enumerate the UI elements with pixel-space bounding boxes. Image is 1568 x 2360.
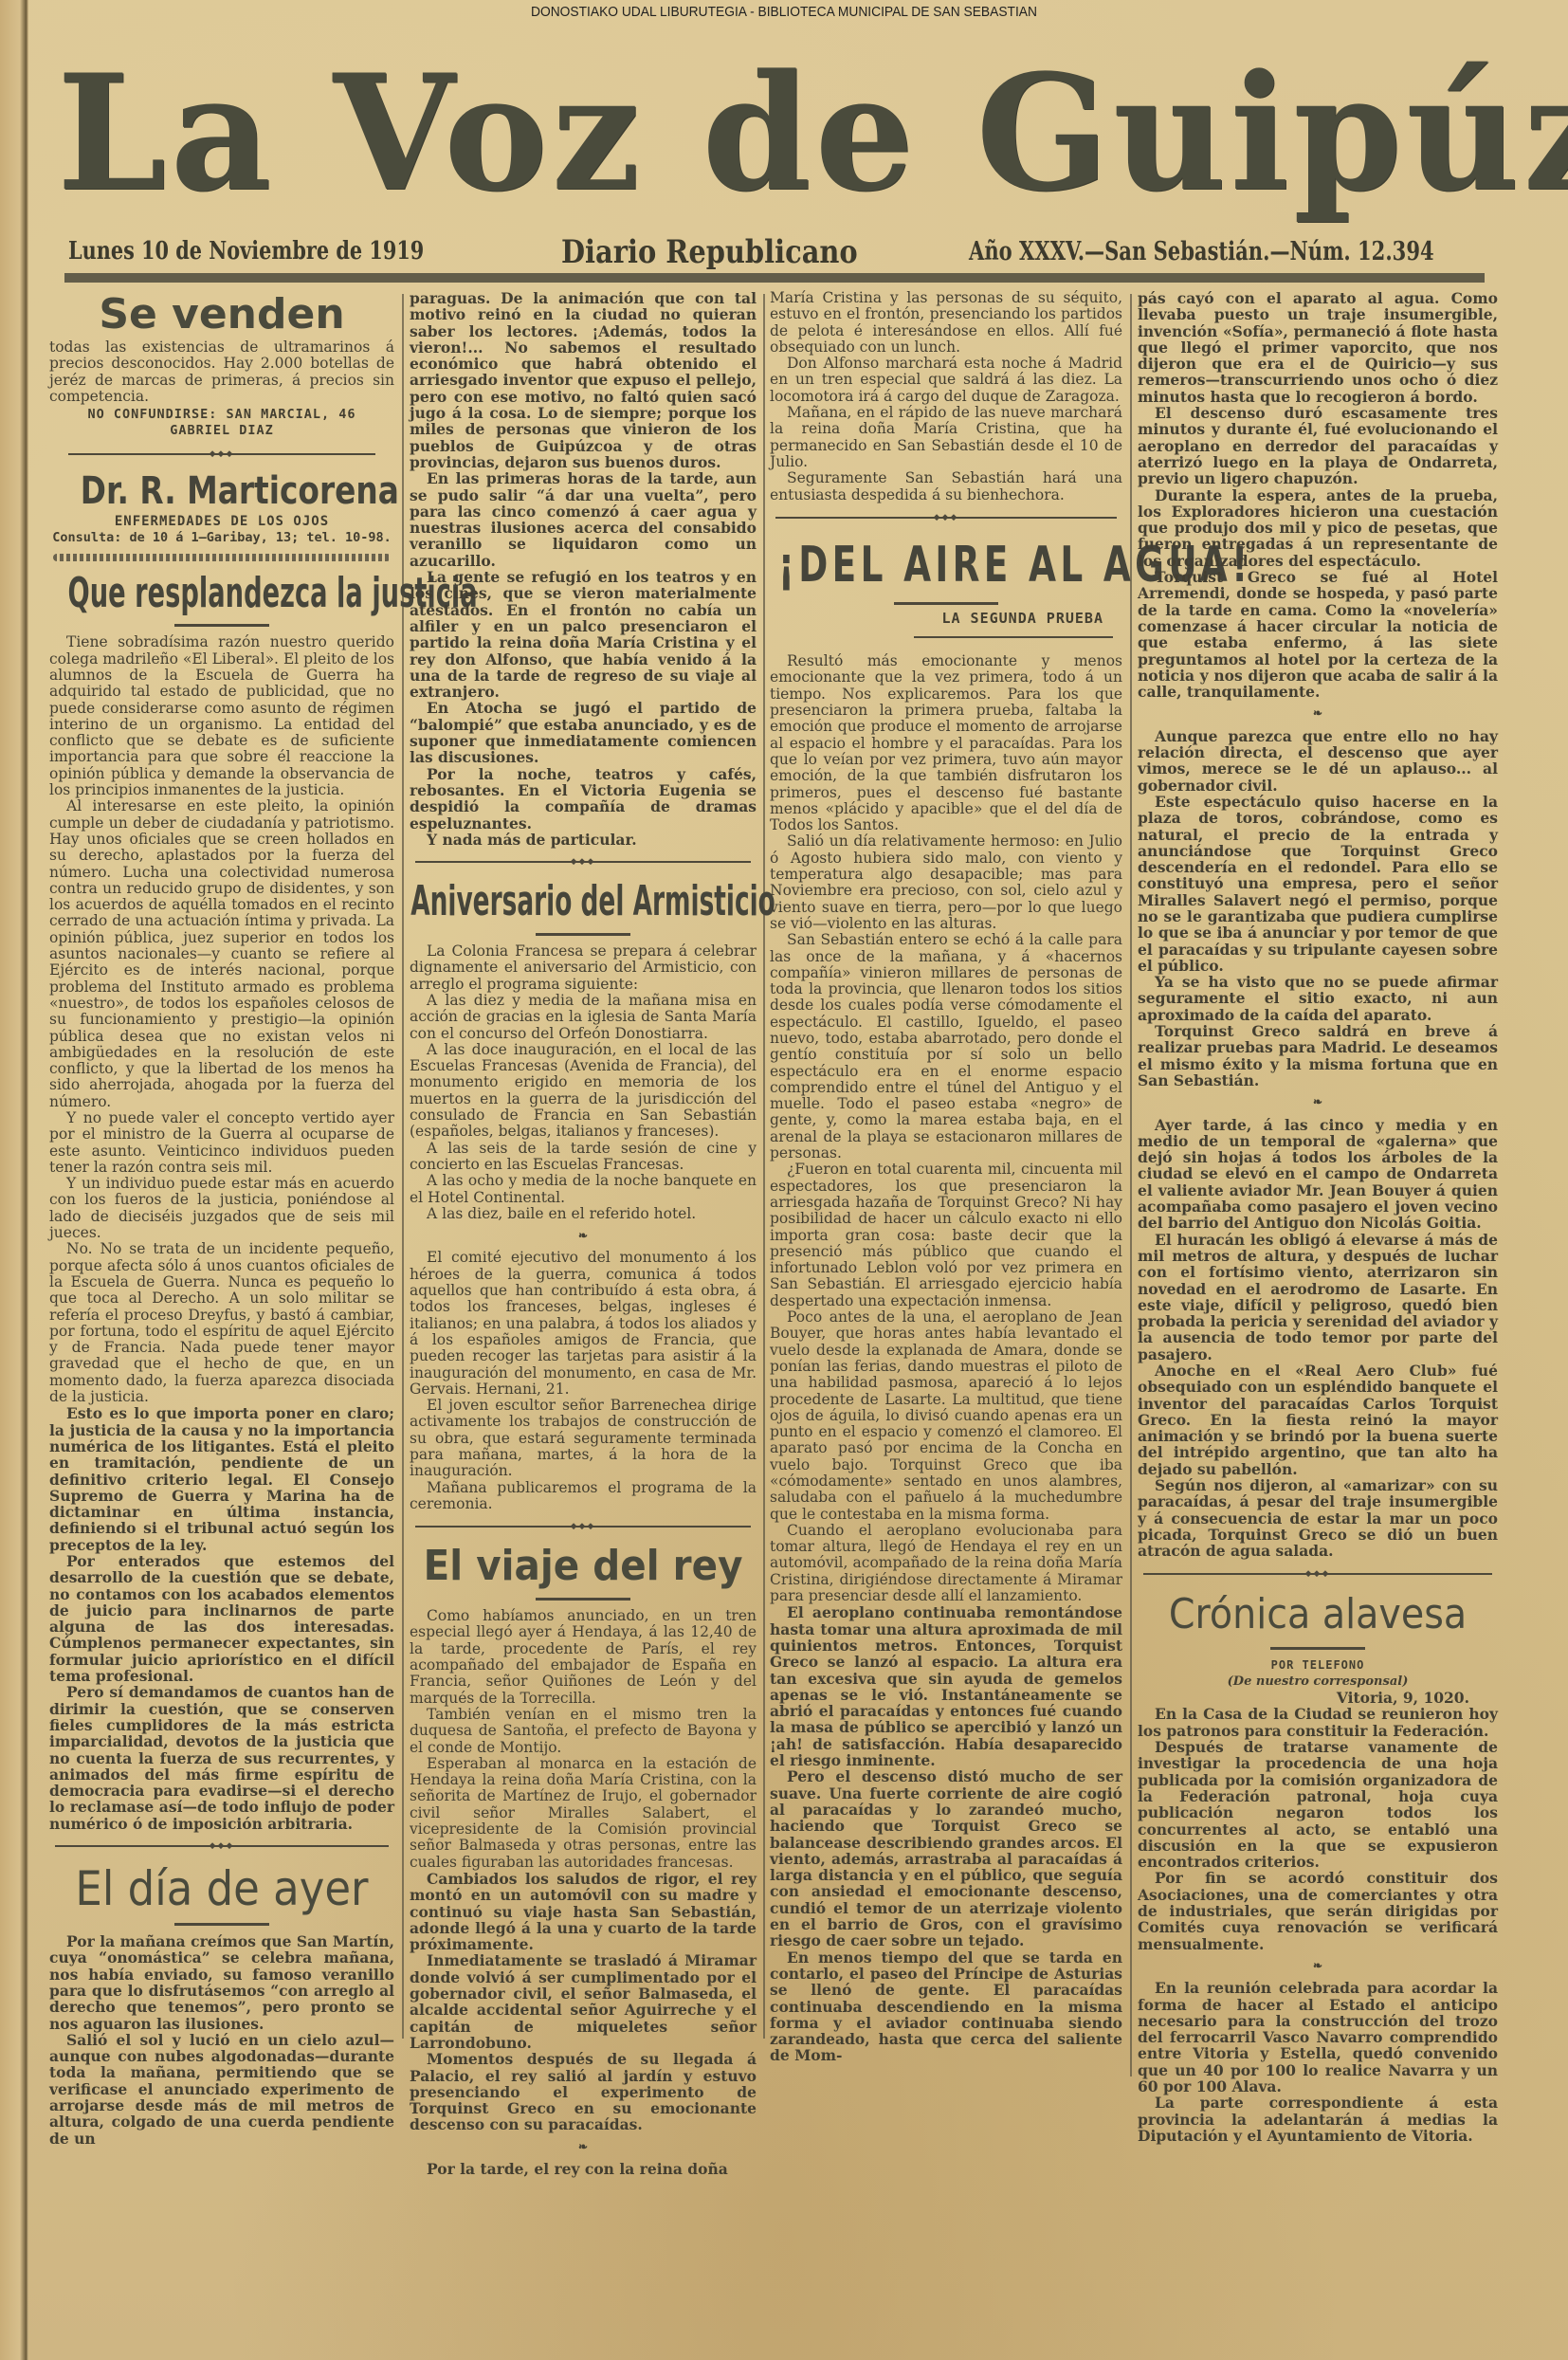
aire-agua-continuation: pás cayó con el aparato al agua. Como ll… bbox=[1138, 290, 1498, 1560]
issue-date: Lunes 10 de Noviembre de 1919 bbox=[68, 237, 424, 265]
paragraph: Anoche en el «Real Aero Club» fué obsequ… bbox=[1138, 1363, 1498, 1477]
cronica-byline: POR TELEFONO bbox=[1138, 1657, 1498, 1674]
paragraph: ¿Fueron en total cuarenta mil, cincuenta… bbox=[770, 1162, 1122, 1309]
ornament-divider bbox=[415, 861, 751, 870]
paragraph: La gente se refugió en los teatros y en … bbox=[410, 569, 757, 700]
paragraph: Y un individuo puede estar más en acuerd… bbox=[49, 1176, 394, 1241]
paragraph: Como habíamos anunciado, en un tren espe… bbox=[410, 1608, 757, 1707]
paragraph: Según nos dijeron, al «amarizar» con su … bbox=[1138, 1477, 1498, 1559]
paragraph: Mañana publicaremos el programa de la ce… bbox=[410, 1480, 757, 1513]
headline-underline bbox=[174, 1923, 269, 1926]
paragraph: En la reunión celebrada para acordar la … bbox=[1138, 1980, 1498, 2095]
paragraph: El joven escultor señor Barrenechea diri… bbox=[410, 1398, 757, 1479]
masthead-info-row: Lunes 10 de Noviembre de 1919 Diario Rep… bbox=[68, 231, 1490, 273]
subheadline-underline bbox=[914, 636, 1113, 638]
paragraph: A las diez y media de la mañana misa en … bbox=[410, 993, 757, 1042]
paragraph: Aunque parezca que entre ello no hay rel… bbox=[1138, 728, 1498, 794]
column-2: paraguas. De la animación que con tal mo… bbox=[410, 290, 757, 2329]
paragraph: El comité ejecutivo del monumento á los … bbox=[410, 1250, 757, 1398]
paragraph: paraguas. De la animación que con tal mo… bbox=[410, 290, 757, 470]
paragraph: Esto es lo que importa poner en claro; l… bbox=[49, 1405, 394, 1553]
paragraph: El descenso duró escasamente tres minuto… bbox=[1138, 405, 1498, 486]
paragraph: Cambiados los saludos de rigor, el rey m… bbox=[410, 1871, 757, 1952]
separator-ornament: ❧ bbox=[1138, 1094, 1498, 1110]
paragraph: pás cayó con el aparato al agua. Como ll… bbox=[1138, 290, 1498, 405]
headline-cronica-alavesa: Crónica alavesa bbox=[1156, 1588, 1480, 1641]
separator-ornament: ❧ bbox=[1138, 705, 1498, 722]
paragraph: El huracán les obligó á elevarse á más d… bbox=[1138, 1232, 1498, 1363]
paragraph: Por fin se acordó constituir dos Asociac… bbox=[1138, 1870, 1498, 1951]
article-justicia-body: Tiene sobradísima razón nuestro querido … bbox=[49, 634, 394, 1832]
headline-dia-ayer: El día de ayer bbox=[66, 1860, 377, 1917]
column-3: María Cristina y las personas de su séqu… bbox=[770, 290, 1122, 2329]
headline-underline bbox=[1270, 1647, 1365, 1650]
column-4: pás cayó con el aparato al agua. Como ll… bbox=[1138, 290, 1498, 2329]
column-rule bbox=[402, 294, 404, 2039]
ornament-divider bbox=[55, 1845, 389, 1855]
paragraph: Momentos después de su llegada á Palacio… bbox=[410, 2051, 757, 2132]
dia-ayer-continuation: paraguas. De la animación que con tal mo… bbox=[410, 290, 757, 848]
column-rule bbox=[763, 294, 765, 2039]
headline-underline bbox=[174, 624, 269, 627]
paragraph: Mañana, en el rápido de las nueve marcha… bbox=[770, 405, 1122, 470]
paragraph: No. No se trata de un incidente pequeño,… bbox=[49, 1241, 394, 1405]
paragraph: Y nada más de particular. bbox=[410, 832, 757, 848]
paragraph: Cuando el aeroplano evolucionaba para to… bbox=[770, 1523, 1122, 1604]
viaje-rey-continuation: María Cristina y las personas de su séqu… bbox=[770, 290, 1122, 503]
wavy-divider bbox=[53, 554, 391, 561]
paragraph: Después de tratarse vanamente de investi… bbox=[1138, 1739, 1498, 1870]
paragraph: Este espectáculo quiso hacerse en la pla… bbox=[1138, 794, 1498, 974]
ornament-divider bbox=[415, 1526, 751, 1535]
paragraph: Durante la espera, antes de la prueba, l… bbox=[1138, 487, 1498, 569]
paragraph: Tiene sobradísima razón nuestro querido … bbox=[49, 634, 394, 798]
separator-ornament: ❧ bbox=[410, 2139, 757, 2155]
headline-underline bbox=[536, 1598, 630, 1601]
library-banner: DONOSTIAKO UDAL LIBURUTEGIA - BIBLIOTECA… bbox=[63, 4, 1505, 20]
masthead-rule bbox=[64, 273, 1485, 283]
ornament-divider bbox=[775, 517, 1117, 526]
paragraph: San Sebastián entero se echó á la calle … bbox=[770, 932, 1122, 1162]
cronica-dateline: Vitoria, 9, 1020. bbox=[1138, 1690, 1498, 1706]
issue-number: Año XXXV.—San Sebastián.—Núm. 12.394 bbox=[969, 237, 1434, 266]
headline-armisticio: Aniversario del Armisticio bbox=[410, 876, 756, 927]
masthead-title: La Voz de Guipúzcoa bbox=[57, 38, 1487, 228]
paragraph: Seguramente San Sebastián hará una entus… bbox=[770, 470, 1122, 503]
ad-doctor-specialty: ENFERMEDADES DE LOS OJOS bbox=[49, 514, 394, 530]
paragraph: Salió el sol y lució en un cielo azul—au… bbox=[49, 2032, 394, 2147]
paragraph: Pero el descenso distó mucho de ser suav… bbox=[770, 1768, 1122, 1948]
separator-ornament: ❧ bbox=[410, 1228, 757, 1244]
paragraph: Por la noche, teatros y cafés, rebosante… bbox=[410, 766, 757, 832]
paragraph: María Cristina y las personas de su séqu… bbox=[770, 290, 1122, 356]
headline-viaje-rey: El viaje del rey bbox=[424, 1541, 743, 1592]
paragraph: Esperaban al monarca en la estación de H… bbox=[410, 1756, 757, 1871]
ad-doctor-name: Dr. R. Marticorena bbox=[81, 468, 363, 514]
paragraph: En la Casa de la Ciudad se reunieron hoy… bbox=[1138, 1706, 1498, 1739]
newspaper-subtitle: Diario Republicano bbox=[561, 233, 858, 271]
paragraph: Torquinst Greco saldrá en breve á realiz… bbox=[1138, 1023, 1498, 1089]
ad-sale-owner: GABRIEL DIAZ bbox=[49, 423, 394, 439]
paragraph: También venían en el mismo tren la duque… bbox=[410, 1707, 757, 1756]
binding-spine bbox=[0, 0, 28, 2360]
headline-underline bbox=[894, 602, 998, 605]
paragraph: En Atocha se jugó el partido de “balompi… bbox=[410, 700, 757, 765]
paragraph: En menos tiempo del que se tarda en cont… bbox=[770, 1949, 1122, 2064]
subheadline-segunda-prueba: LA SEGUNDA PRUEBA bbox=[770, 611, 1122, 627]
ad-sale-body: todas las existencias de ultramarinos á … bbox=[49, 339, 394, 405]
paragraph: Don Alfonso marchará esta noche á Madrid… bbox=[770, 356, 1122, 405]
ad-sale-headline: Se venden bbox=[49, 290, 394, 339]
paragraph: A las ocho y media de la noche banquete … bbox=[410, 1173, 757, 1206]
paragraph: La Colonia Francesa se prepara á celebra… bbox=[410, 943, 757, 993]
article-viaje-rey-body: Como habíamos anunciado, en un tren espe… bbox=[410, 1608, 757, 2177]
paragraph: Al interesarse en este pleito, la opinió… bbox=[49, 798, 394, 1110]
paragraph: Torquist Greco se fué al Hotel Arremendi… bbox=[1138, 569, 1498, 700]
paragraph: Ya se ha visto que no se puede afirmar s… bbox=[1138, 974, 1498, 1023]
paragraph: Inmediatamente se trasladó á Miramar don… bbox=[410, 1952, 757, 2051]
paragraph: Pero sí demandamos de cuantos han de dir… bbox=[49, 1684, 394, 1832]
newspaper-page: DONOSTIAKO UDAL LIBURUTEGIA - BIBLIOTECA… bbox=[0, 0, 1568, 2360]
paragraph: Por la mañana creímos que San Martín, cu… bbox=[49, 1933, 394, 2032]
ornament-divider bbox=[1143, 1573, 1492, 1582]
ad-doctor-details: Consulta: de 10 á 1—Garibay, 13; tel. 10… bbox=[49, 530, 394, 546]
headline-aire-agua: ¡DEL AIRE AL AGUA! bbox=[778, 532, 1114, 598]
paragraph: Ayer tarde, á las cinco y media y en med… bbox=[1138, 1117, 1498, 1232]
paragraph: Resultó más emocionante y menos emociona… bbox=[770, 653, 1122, 833]
article-armisticio-body: La Colonia Francesa se prepara á celebra… bbox=[410, 943, 757, 1512]
headline-underline bbox=[536, 933, 630, 936]
headline-justicia: Que resplandezca la justicia bbox=[68, 569, 376, 618]
paragraph: A las diez, baile en el referido hotel. bbox=[410, 1206, 757, 1222]
paragraph: La parte correspondiente á esta provinci… bbox=[1138, 2095, 1498, 2144]
separator-ornament: ❧ bbox=[1138, 1958, 1498, 1974]
paragraph: Salió un día relativamente hermoso: en J… bbox=[770, 833, 1122, 932]
column-1: Se venden todas las existencias de ultra… bbox=[49, 290, 394, 2329]
paragraph: Por enterados que estemos del desarrollo… bbox=[49, 1553, 394, 1684]
article-cronica-body: En la Casa de la Ciudad se reunieron hoy… bbox=[1138, 1706, 1498, 2144]
paragraph: Poco antes de la una, el aeroplano de Je… bbox=[770, 1309, 1122, 1523]
article-dia-ayer-body: Por la mañana creímos que San Martín, cu… bbox=[49, 1933, 394, 2147]
ornament-divider bbox=[68, 453, 375, 463]
ad-sale-address: NO CONFUNDIRSE: SAN MARCIAL, 46 bbox=[49, 407, 394, 423]
paragraph: En las primeras horas de la tarde, aun s… bbox=[410, 470, 757, 569]
paragraph: El aeroplano continuaba remontándose has… bbox=[770, 1604, 1122, 1768]
article-aire-agua-body: Resultó más emocionante y menos emociona… bbox=[770, 653, 1122, 2064]
paragraph: A las seis de la tarde sesión de cine y … bbox=[410, 1141, 757, 1174]
paragraph: A las doce inauguración, en el local de … bbox=[410, 1042, 757, 1141]
cronica-source: (De nuestro corresponsal) bbox=[1138, 1674, 1498, 1690]
paragraph: Y no puede valer el concepto vertido aye… bbox=[49, 1110, 394, 1176]
paragraph: Por la tarde, el rey con la reina doña bbox=[410, 2161, 757, 2177]
